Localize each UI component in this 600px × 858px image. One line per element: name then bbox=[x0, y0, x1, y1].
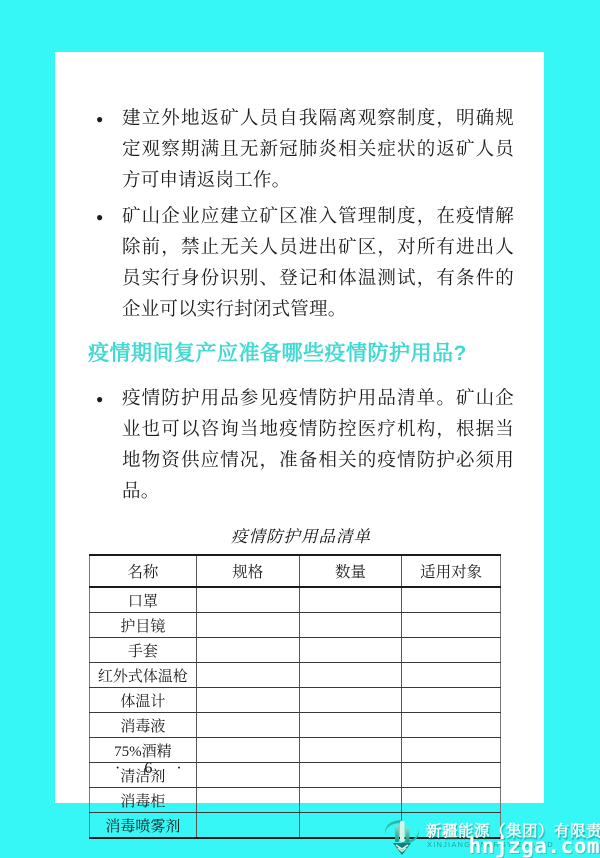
blank-cell bbox=[402, 763, 501, 788]
item-name-cell: 消毒液 bbox=[90, 713, 197, 738]
list-item: ● 建立外地返矿人员自我隔离观察制度，明确规定观察期满且无新冠肺炎相关症状的返矿… bbox=[88, 104, 514, 197]
column-header-name: 名称 bbox=[90, 555, 197, 587]
blank-cell bbox=[299, 663, 402, 688]
section-heading: 疫情期间复产应准备哪些疫情防护用品? bbox=[88, 341, 514, 367]
list-item: ● 矿山企业应建立矿区准入管理制度，在疫情解除前，禁止无关人员进出矿区，对所有进… bbox=[88, 202, 514, 326]
list-item: ● 疫情防护用品参见疫情防护用品清单。矿山企业也可以咨询当地疫情防控医疗机构，根… bbox=[88, 384, 514, 508]
page-number: · 6 · bbox=[115, 760, 192, 778]
table-header-row: 名称 规格 数量 适用对象 bbox=[90, 555, 501, 587]
blank-cell bbox=[402, 713, 501, 738]
blank-cell bbox=[402, 638, 501, 663]
column-header-spec: 规格 bbox=[196, 555, 299, 587]
blank-cell bbox=[402, 613, 501, 638]
watermark-site-url: hnjzga.com bbox=[469, 834, 600, 858]
item-name-cell: 护目镜 bbox=[90, 613, 197, 638]
blank-cell bbox=[196, 638, 299, 663]
section-bullet-list: ● 疫情防护用品参见疫情防护用品清单。矿山企业也可以咨询当地疫情防控医疗机构，根… bbox=[88, 384, 514, 508]
blank-cell bbox=[299, 688, 402, 713]
blank-cell bbox=[196, 613, 299, 638]
blank-cell bbox=[402, 788, 501, 813]
blank-cell bbox=[299, 763, 402, 788]
bullet-icon: ● bbox=[96, 104, 103, 135]
blank-cell bbox=[402, 587, 501, 613]
item-name-cell: 体温计 bbox=[90, 688, 197, 713]
blank-cell bbox=[402, 738, 501, 763]
publisher-watermark: 新疆能源（集团）有限责任公司 XINJIANG ENERGY CO.,LTD h… bbox=[378, 815, 600, 857]
table-row: 75%酒精 bbox=[90, 738, 501, 763]
blank-cell bbox=[299, 713, 402, 738]
table-row: 红外式体温枪 bbox=[90, 663, 501, 688]
blank-cell bbox=[196, 813, 299, 839]
blank-cell bbox=[299, 738, 402, 763]
blank-cell bbox=[402, 663, 501, 688]
blank-cell bbox=[196, 713, 299, 738]
item-name-cell: 口罩 bbox=[90, 587, 197, 613]
intro-bullet-list: ● 建立外地返矿人员自我隔离观察制度，明确规定观察期满且无新冠肺炎相关症状的返矿… bbox=[88, 104, 514, 326]
bullet-text: 矿山企业应建立矿区准入管理制度，在疫情解除前，禁止无关人员进出矿区，对所有进出人… bbox=[122, 207, 514, 320]
item-name-cell: 消毒喷雾剂 bbox=[90, 813, 197, 839]
column-header-applicable: 适用对象 bbox=[402, 555, 501, 587]
blank-cell bbox=[196, 763, 299, 788]
item-name-cell: 手套 bbox=[90, 638, 197, 663]
item-name-cell: 75%酒精 bbox=[90, 738, 197, 763]
blank-cell bbox=[196, 688, 299, 713]
table-row: 体温计 bbox=[90, 688, 501, 713]
bullet-icon: ● bbox=[96, 202, 103, 233]
table-row: 消毒柜 bbox=[90, 788, 501, 813]
blank-cell bbox=[196, 587, 299, 613]
page-content: ● 建立外地返矿人员自我隔离观察制度，明确规定观察期满且无新冠肺炎相关症状的返矿… bbox=[88, 104, 514, 839]
bullet-text: 疫情防护用品参见疫情防护用品清单。矿山企业也可以咨询当地疫情防控医疗机构，根据当… bbox=[122, 389, 514, 502]
supply-checklist-table: 名称 规格 数量 适用对象 口罩 护目镜 手套 bbox=[89, 554, 501, 839]
column-header-quantity: 数量 bbox=[299, 555, 402, 587]
blank-cell bbox=[196, 788, 299, 813]
item-name-cell: 消毒柜 bbox=[90, 788, 197, 813]
table-row: 手套 bbox=[90, 638, 501, 663]
table-title: 疫情防护用品清单 bbox=[88, 523, 514, 547]
table-row: 口罩 bbox=[90, 587, 501, 613]
company-logo-icon bbox=[381, 816, 423, 858]
bullet-text: 建立外地返矿人员自我隔离观察制度，明确规定观察期满且无新冠肺炎相关症状的返矿人员… bbox=[122, 109, 514, 191]
table-row: 护目镜 bbox=[90, 613, 501, 638]
item-name-cell: 红外式体温枪 bbox=[90, 663, 197, 688]
blank-cell bbox=[299, 613, 402, 638]
blank-cell bbox=[196, 738, 299, 763]
blank-cell bbox=[196, 663, 299, 688]
blank-cell bbox=[299, 638, 402, 663]
book-page: ● 建立外地返矿人员自我隔离观察制度，明确规定观察期满且无新冠肺炎相关症状的返矿… bbox=[55, 52, 544, 803]
blank-cell bbox=[299, 587, 402, 613]
blank-cell bbox=[402, 688, 501, 713]
table-row: 消毒液 bbox=[90, 713, 501, 738]
bullet-icon: ● bbox=[96, 384, 103, 415]
blank-cell bbox=[299, 788, 402, 813]
scanned-booklet-page: { "document": { "intro_bullets": [ "建立外地… bbox=[0, 0, 600, 858]
